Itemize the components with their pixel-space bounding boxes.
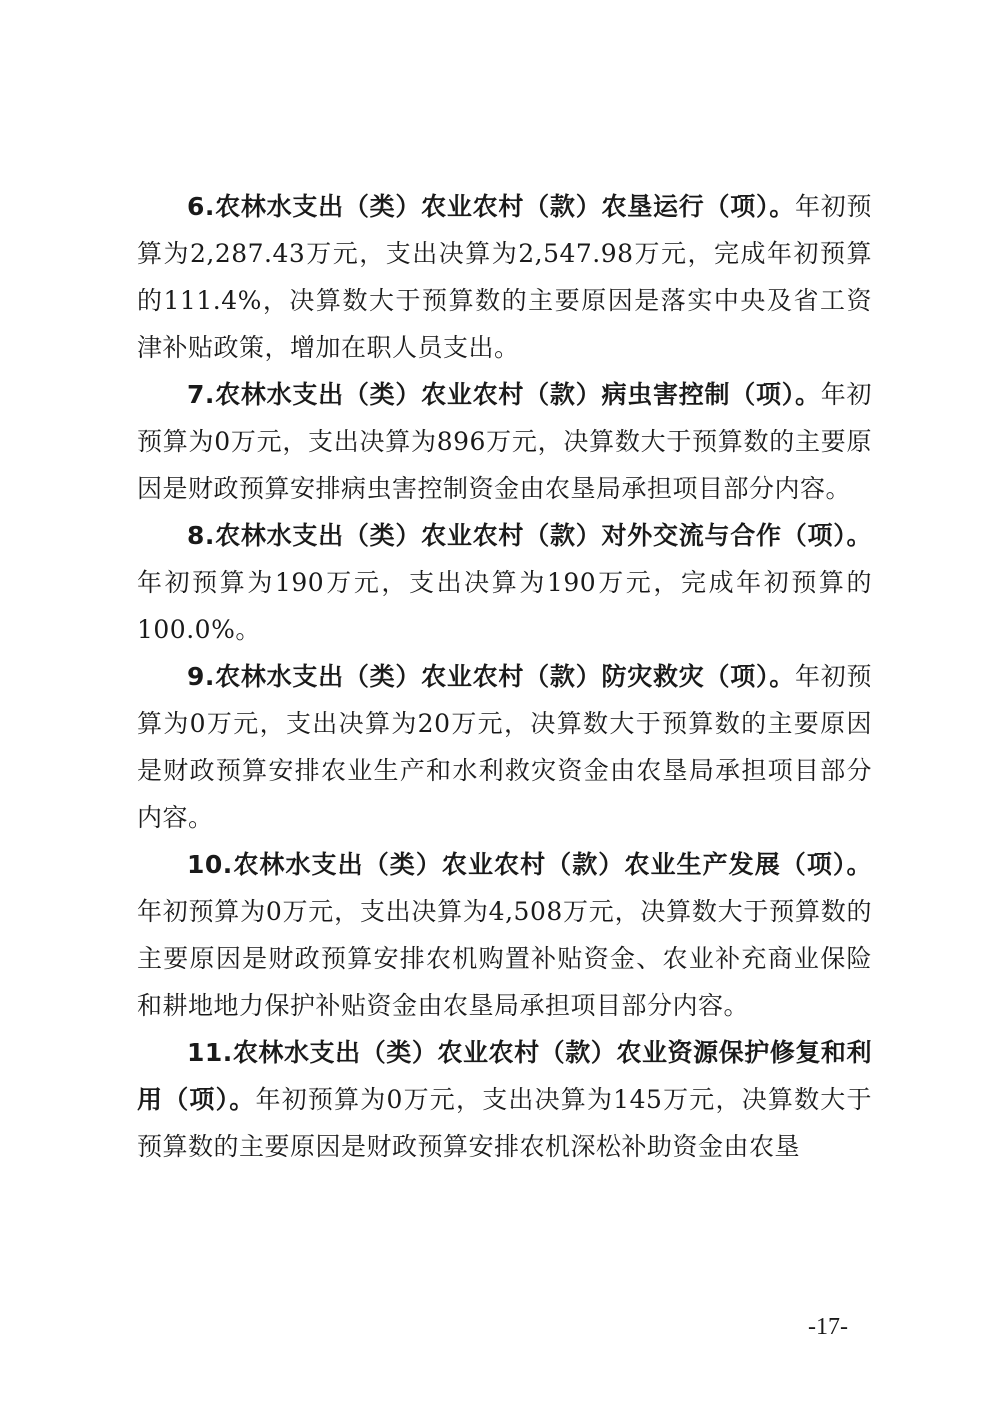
paragraph-heading: 7.农林水支出（类）农业农村（款）病虫害控制（项）。 xyxy=(187,380,821,409)
paragraph-text: 年初预算为0万元，支出决算为4,508万元，决算数大于预算数的主要原因是财政预算… xyxy=(137,897,872,1020)
document-body: 6.农林水支出（类）农业农村（款）农垦运行（项）。年初预算为2,287.43万元… xyxy=(137,183,872,1170)
paragraph-heading: 9.农林水支出（类）农业农村（款）防灾救灾（项）。 xyxy=(187,662,795,691)
paragraph-heading: 10.农林水支出（类）农业农村（款）农业生产发展（项）。 xyxy=(187,850,872,879)
paragraph-item-9: 9.农林水支出（类）农业农村（款）防灾救灾（项）。年初预算为0万元，支出决算为2… xyxy=(137,653,872,841)
paragraph-heading: 6.农林水支出（类）农业农村（款）农垦运行（项）。 xyxy=(187,192,795,221)
paragraph-item-8: 8.农林水支出（类）农业农村（款）对外交流与合作（项）。年初预算为190万元，支… xyxy=(137,512,872,653)
paragraph-heading: 8.农林水支出（类）农业农村（款）对外交流与合作（项）。 xyxy=(187,521,872,550)
paragraph-item-6: 6.农林水支出（类）农业农村（款）农垦运行（项）。年初预算为2,287.43万元… xyxy=(137,183,872,371)
paragraph-text: 年初预算为190万元，支出决算为190万元，完成年初预算的100.0%。 xyxy=(137,568,872,644)
page-number: -17- xyxy=(808,1314,848,1341)
paragraph-item-7: 7.农林水支出（类）农业农村（款）病虫害控制（项）。年初预算为0万元，支出决算为… xyxy=(137,371,872,512)
paragraph-item-11: 11.农林水支出（类）农业农村（款）农业资源保护修复和利用（项）。年初预算为0万… xyxy=(137,1029,872,1170)
paragraph-item-10: 10.农林水支出（类）农业农村（款）农业生产发展（项）。年初预算为0万元，支出决… xyxy=(137,841,872,1029)
